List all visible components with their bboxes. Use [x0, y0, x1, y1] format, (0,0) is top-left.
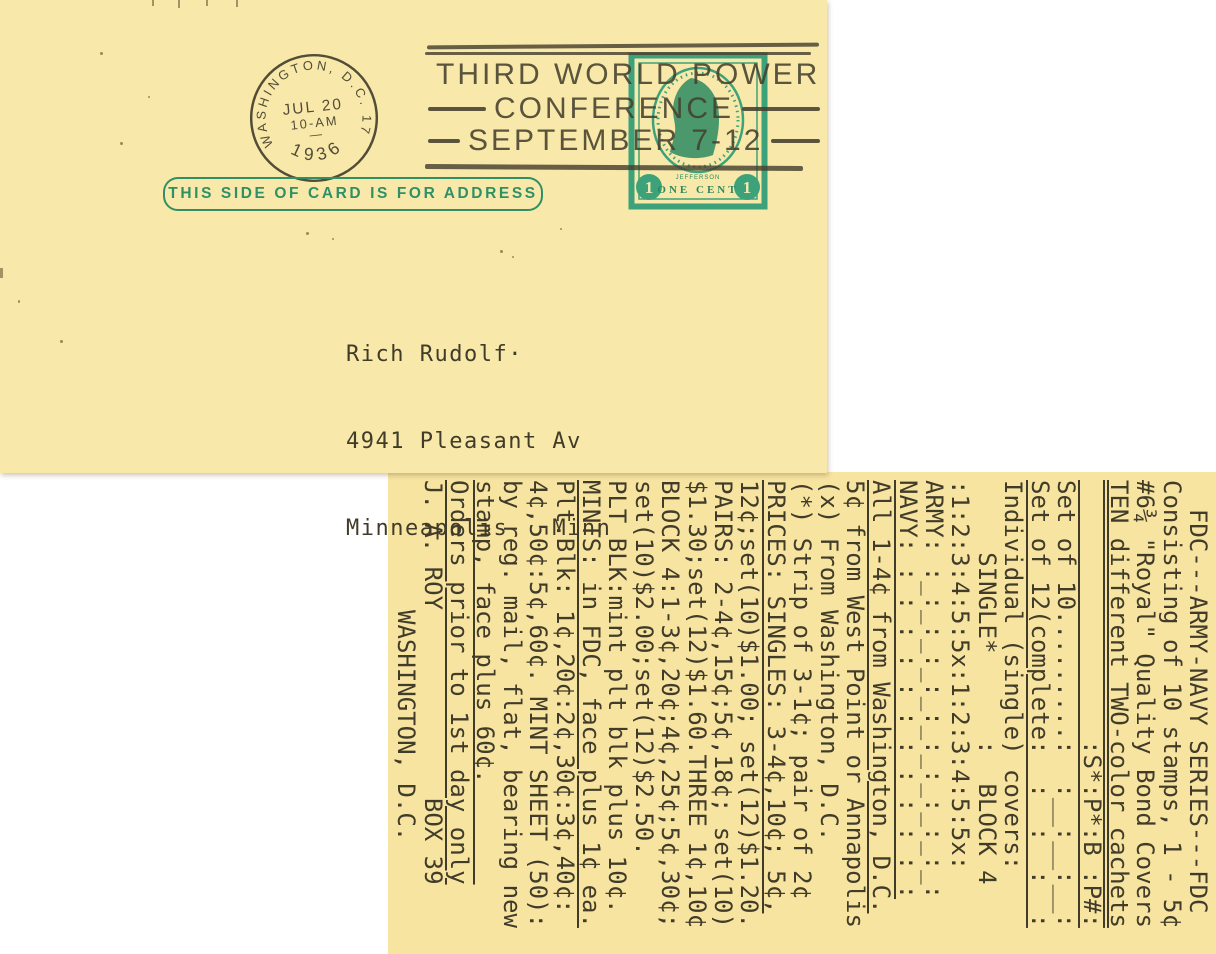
front-postcard: WASHINGTON, D.C. 17 JUL 20 10-AM — 1936 … [0, 0, 827, 473]
card-line: 5¢ from West Point or Annapolis [842, 480, 868, 954]
card-line: :1:2:3:4:5:5x:1:2:3:4:5:5x: [947, 480, 973, 954]
card-line: BLOCK 4:1-3¢,20¢;4¢,25¢;5¢,30¢; [657, 480, 683, 954]
cancel-dash [428, 139, 460, 143]
card-line: FDC---ARMY-NAVY SERIES---FDC [1185, 480, 1211, 954]
card-line: $1.30;set(12)$1.60.THREE 1¢,10¢ [683, 480, 709, 954]
speck [60, 340, 63, 343]
cancel-slogan-line: SEPTEMBER 7-12 [468, 124, 763, 158]
cancel-dash [771, 139, 820, 143]
card-line: Set of 12(complete: :__:__:__: [1026, 480, 1052, 954]
scan-mark [152, 0, 154, 6]
card-line: NAVY: :_:_:_:_:_:_:_:_:_:_:_: [894, 480, 920, 954]
card-line: PRICES: SINGLES: 3-4¢,10¢; 5¢, [762, 480, 788, 954]
card-line: All 1-4¢ from Washington, D.C. [868, 480, 894, 954]
cancel-bar-bottom [425, 164, 803, 171]
address-notice-box: THIS SIDE OF CARD IS FOR ADDRESS [163, 177, 543, 211]
scanned-postcards: FDC---ARMY-NAVY SERIES---FDCConsisting o… [0, 0, 1216, 954]
card-line: Consisting of 10 stamps, 1 - 5¢ [1158, 480, 1184, 954]
speck [100, 52, 103, 55]
speck [500, 250, 503, 253]
speck [306, 232, 309, 235]
card-line: #6¾ "Royal" Quality Bond Covers [1132, 480, 1158, 954]
speck [148, 96, 150, 98]
postmark-dash: — [309, 127, 323, 142]
address-line: Rich Rudolf· [346, 340, 611, 369]
cancel-slogan-row: CONFERENCE [428, 92, 820, 126]
address-line: Minneapolis Minn [346, 514, 611, 543]
card-line: set(10)$2.00;set(12)$2.50. [630, 480, 656, 954]
stamp-denomination-right: 1 [743, 178, 752, 197]
cancel-slogan-row: THIRD WORLD POWER [428, 58, 820, 92]
cancel-bar-top2 [425, 52, 811, 55]
address-block: Rich Rudolf· 4941 Pleasant Av Minneapoli… [346, 282, 611, 601]
card-line: PAIRS: 2-4¢,15¢;5¢,18¢; set(10) [710, 480, 736, 954]
speck [332, 238, 334, 240]
cancel-slogan-line: CONFERENCE [494, 92, 734, 126]
scan-mark [178, 0, 180, 8]
cancel-slogan-line: THIRD WORLD POWER [436, 58, 820, 92]
card-line: SINGLE* : BLOCK 4 [973, 480, 999, 954]
address-notice-text: THIS SIDE OF CARD IS FOR ADDRESS [168, 185, 537, 203]
cancel-bar-top [427, 43, 819, 50]
address-line: 4941 Pleasant Av [346, 427, 611, 456]
cancel-dash [742, 107, 820, 111]
speck [120, 142, 123, 145]
card-line: Individual (single) covers: [1000, 480, 1026, 954]
speck [560, 228, 562, 230]
stamp-denomination-left: 1 [645, 178, 654, 197]
card-line: (x) From Washington, D.C. [815, 480, 841, 954]
cancel-dash [428, 107, 486, 111]
card-line: (*) Strip of 3-1¢; pair of 2¢ [789, 480, 815, 954]
scan-mark [236, 0, 238, 7]
card-line: ARMY: :_:_:_:_:_:_:_:_:_:_:_: [921, 480, 947, 954]
speck [18, 300, 20, 303]
card-line: Set of 10.........: :__:__:__: [1053, 480, 1079, 954]
card-line: TEN different TWO-color cachets [1105, 480, 1131, 954]
scan-mark [0, 268, 3, 278]
card-line: 12¢;set(10)$1.00; set(12)$1.20. [736, 480, 762, 954]
stamp-bottom-text: ONE CENT [657, 184, 738, 196]
speck [512, 256, 514, 258]
stamp-portrait-name: JEFFERSON [676, 175, 721, 181]
scan-mark [206, 0, 208, 6]
postmark: WASHINGTON, D.C. 17 JUL 20 10-AM — 1936 [237, 41, 391, 195]
card-line: :S*:P*:B :P#: [1079, 480, 1105, 954]
cancel-slogan-row: SEPTEMBER 7-12 [428, 124, 820, 158]
